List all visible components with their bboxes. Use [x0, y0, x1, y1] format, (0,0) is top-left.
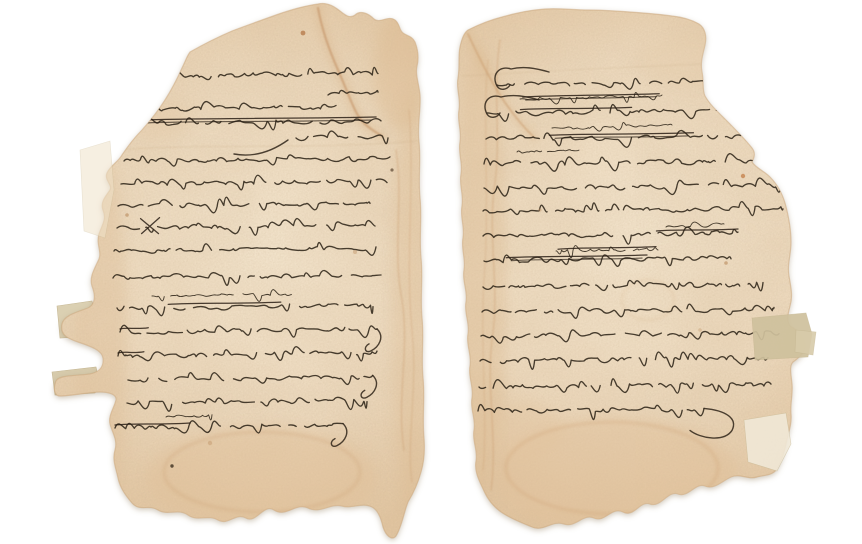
- foxing-spot: [74, 172, 78, 176]
- ink-speck: [111, 477, 115, 481]
- foxing-spot: [301, 31, 306, 36]
- foxing-spot: [698, 328, 702, 332]
- foxing-spot: [208, 441, 212, 445]
- water-stain: [640, 34, 760, 86]
- foxing-spot: [390, 168, 393, 171]
- ink-speck: [170, 464, 173, 467]
- foxing-spot: [745, 93, 748, 96]
- ink-speck: [746, 479, 750, 483]
- strikethrough: [120, 328, 148, 329]
- manuscript-page-right: [448, 0, 828, 544]
- tape-repair: [744, 413, 791, 471]
- foxing-spot: [538, 208, 541, 211]
- foxing-spot: [353, 250, 357, 254]
- tape-repair: [795, 330, 816, 355]
- manuscript-photo: [0, 0, 862, 544]
- strikethrough: [118, 352, 144, 353]
- water-stain: [756, 74, 788, 150]
- foxing-spot: [125, 213, 129, 217]
- foxing-spot: [724, 261, 728, 265]
- foxing-spot: [741, 174, 745, 178]
- manuscript-svg: [0, 0, 862, 544]
- manuscript-page-left: [48, 0, 432, 544]
